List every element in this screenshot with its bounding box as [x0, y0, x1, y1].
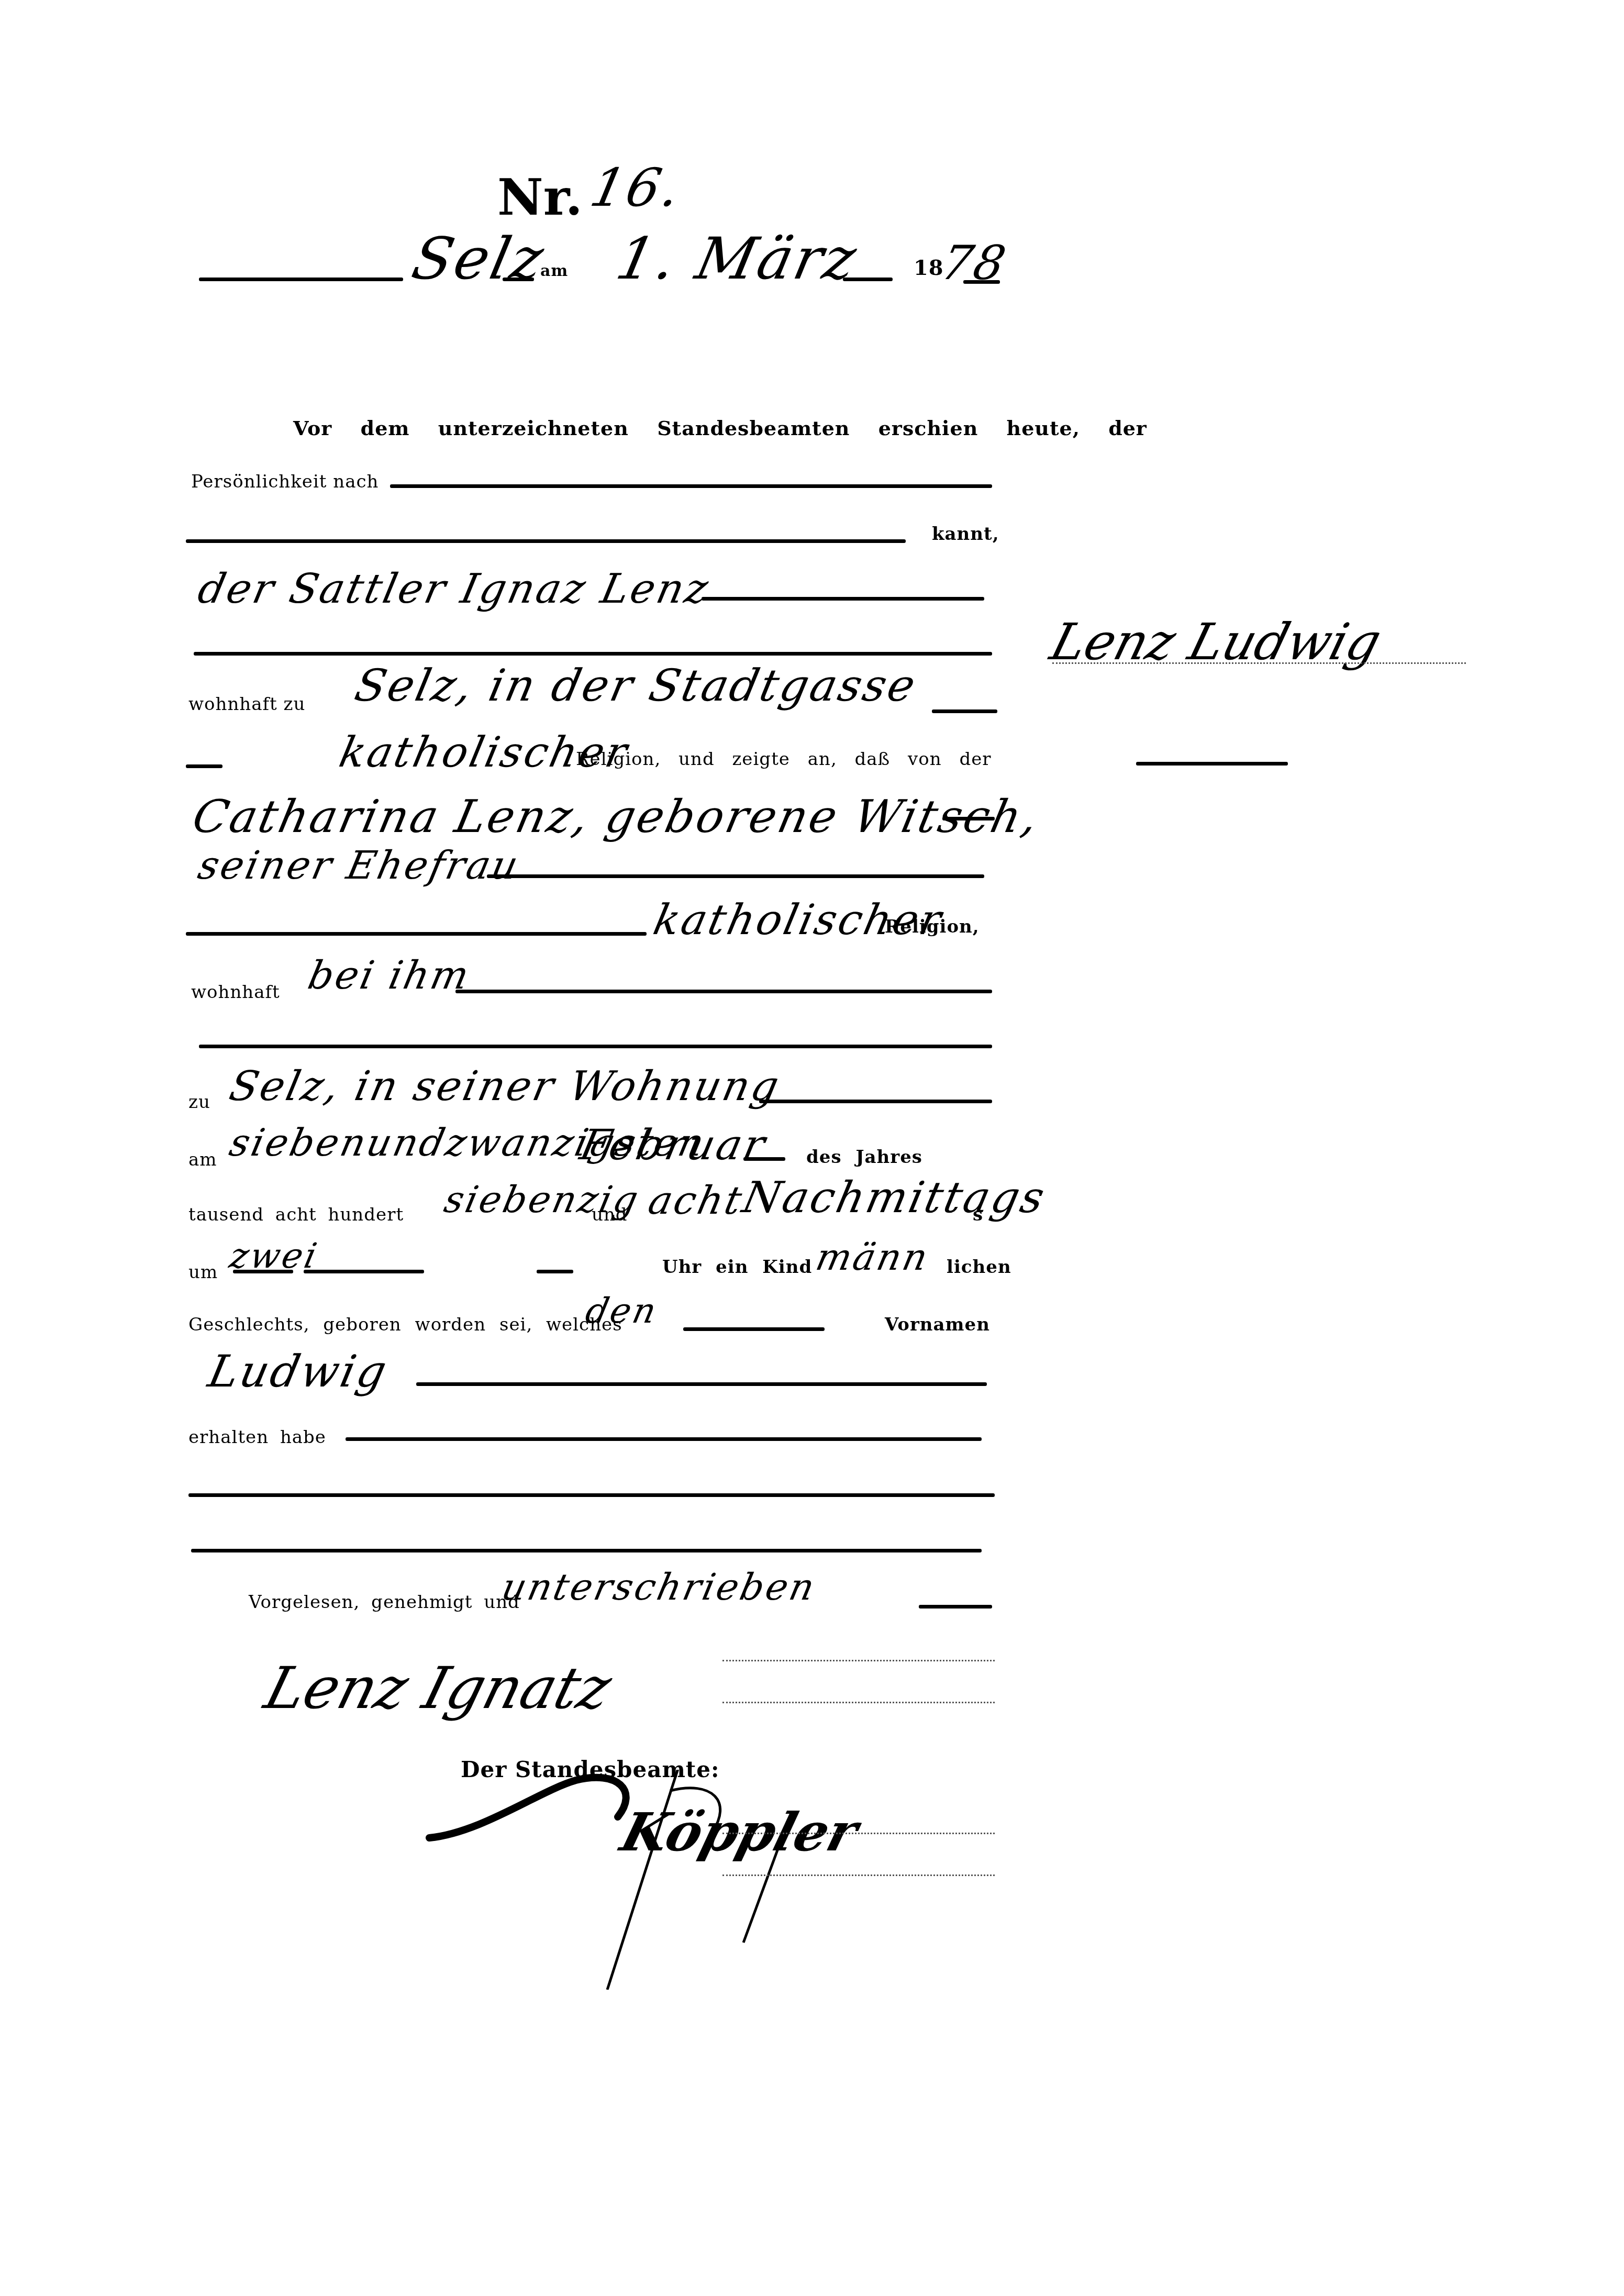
hour-rule-2 [304, 1270, 424, 1273]
informant-signature: Lenz Ignatz [258, 1655, 619, 1722]
margin-note-rule [1136, 762, 1288, 766]
identity-rule-2 [186, 539, 906, 543]
received-label: erhalten habe [188, 1427, 326, 1448]
blank-rule-2 [188, 1493, 995, 1497]
sex-suffix: lichen [947, 1257, 1011, 1278]
child-name: Ludwig [204, 1346, 393, 1397]
mother-residence-rule [455, 990, 992, 993]
blank-rule-1 [199, 1045, 992, 1048]
am-label: am [540, 262, 568, 280]
identity-suffix: kannt, [932, 524, 999, 545]
mother-rule [942, 817, 995, 820]
record-number-label: Nr. [497, 168, 583, 227]
birth-day-label: am [188, 1149, 217, 1170]
year-units: acht [644, 1178, 748, 1223]
relation-rule [487, 874, 984, 878]
approval-value: unterschrieben [498, 1566, 820, 1609]
signature-dotted-1 [722, 1660, 995, 1661]
birth-place-rule [759, 1100, 992, 1103]
time-suffix: s [973, 1204, 983, 1225]
name-prefix: den [582, 1291, 662, 1331]
mother-relation: seiner Ehefrau [194, 843, 524, 888]
margin-note-dotted [1052, 662, 1466, 664]
identity-label: Persönlichkeit nach [191, 471, 379, 492]
informant-rule [702, 597, 984, 601]
time-of-day: Nachmittags [738, 1173, 1051, 1223]
identity-rule [390, 484, 992, 488]
residence-rule [932, 709, 997, 713]
header-rule-date [843, 278, 893, 281]
birth-place-label: zu [188, 1092, 210, 1113]
year-and: und [592, 1204, 628, 1225]
record-number: 16. [585, 157, 688, 218]
informant-rule-2 [194, 652, 992, 656]
approval-rule [919, 1605, 992, 1609]
blank-rule-3 [191, 1549, 982, 1552]
header-rule-year [963, 280, 1000, 284]
registrar-dotted-1 [722, 1833, 995, 1834]
record-date: 1. März [610, 225, 864, 292]
child-name-rule [416, 1382, 987, 1386]
registrar-signature: Köppler [615, 1801, 864, 1863]
record-place: Selz [406, 225, 551, 292]
intro-text: Vor dem unterzeichneten Standesbeamten e… [293, 416, 1147, 440]
time-label: um [188, 1262, 218, 1283]
sex-value: männ [812, 1236, 933, 1279]
hour-rule-3 [537, 1270, 573, 1273]
religion-text: Religion, und zeigte an, daß von der [576, 749, 992, 770]
approval-text: Vorgelesen, genehmigt und [249, 1592, 520, 1613]
mother-residence-label: wohnhaft [191, 982, 280, 1003]
birth-month: Februar [576, 1121, 771, 1169]
year-prefix: tausend acht hundert [188, 1204, 404, 1225]
signature-dotted-2 [722, 1702, 995, 1703]
given-names-label: Vornamen [885, 1314, 990, 1335]
registrar-dotted-2 [722, 1874, 995, 1876]
name-prefix-rule [683, 1327, 825, 1331]
gender-text: Geschlechts, geboren worden sei, welches [188, 1314, 622, 1335]
hour-rule-1 [233, 1270, 293, 1273]
year-label: des Jahres [806, 1147, 922, 1168]
child-text: Uhr ein Kind [662, 1257, 812, 1278]
mother-religion-rule [186, 932, 647, 936]
header-rule-left [199, 278, 403, 281]
residence-value: Selz, in der Stadtgasse [351, 660, 922, 711]
birth-month-rule [743, 1157, 785, 1161]
header-rule-place [503, 278, 534, 281]
birth-place: Selz, in seiner Wohnung [225, 1063, 785, 1110]
mother-religion-label: Religion, [885, 916, 980, 937]
mother-name: Catharina Lenz, geborene Witsch, [188, 791, 1044, 843]
received-rule [346, 1437, 982, 1441]
religion-rule-left [186, 764, 223, 768]
residence-label: wohnhaft zu [188, 694, 305, 715]
mother-residence: bei ihm [304, 953, 475, 998]
informant-name: der Sattler Ignaz Lenz [194, 565, 714, 613]
